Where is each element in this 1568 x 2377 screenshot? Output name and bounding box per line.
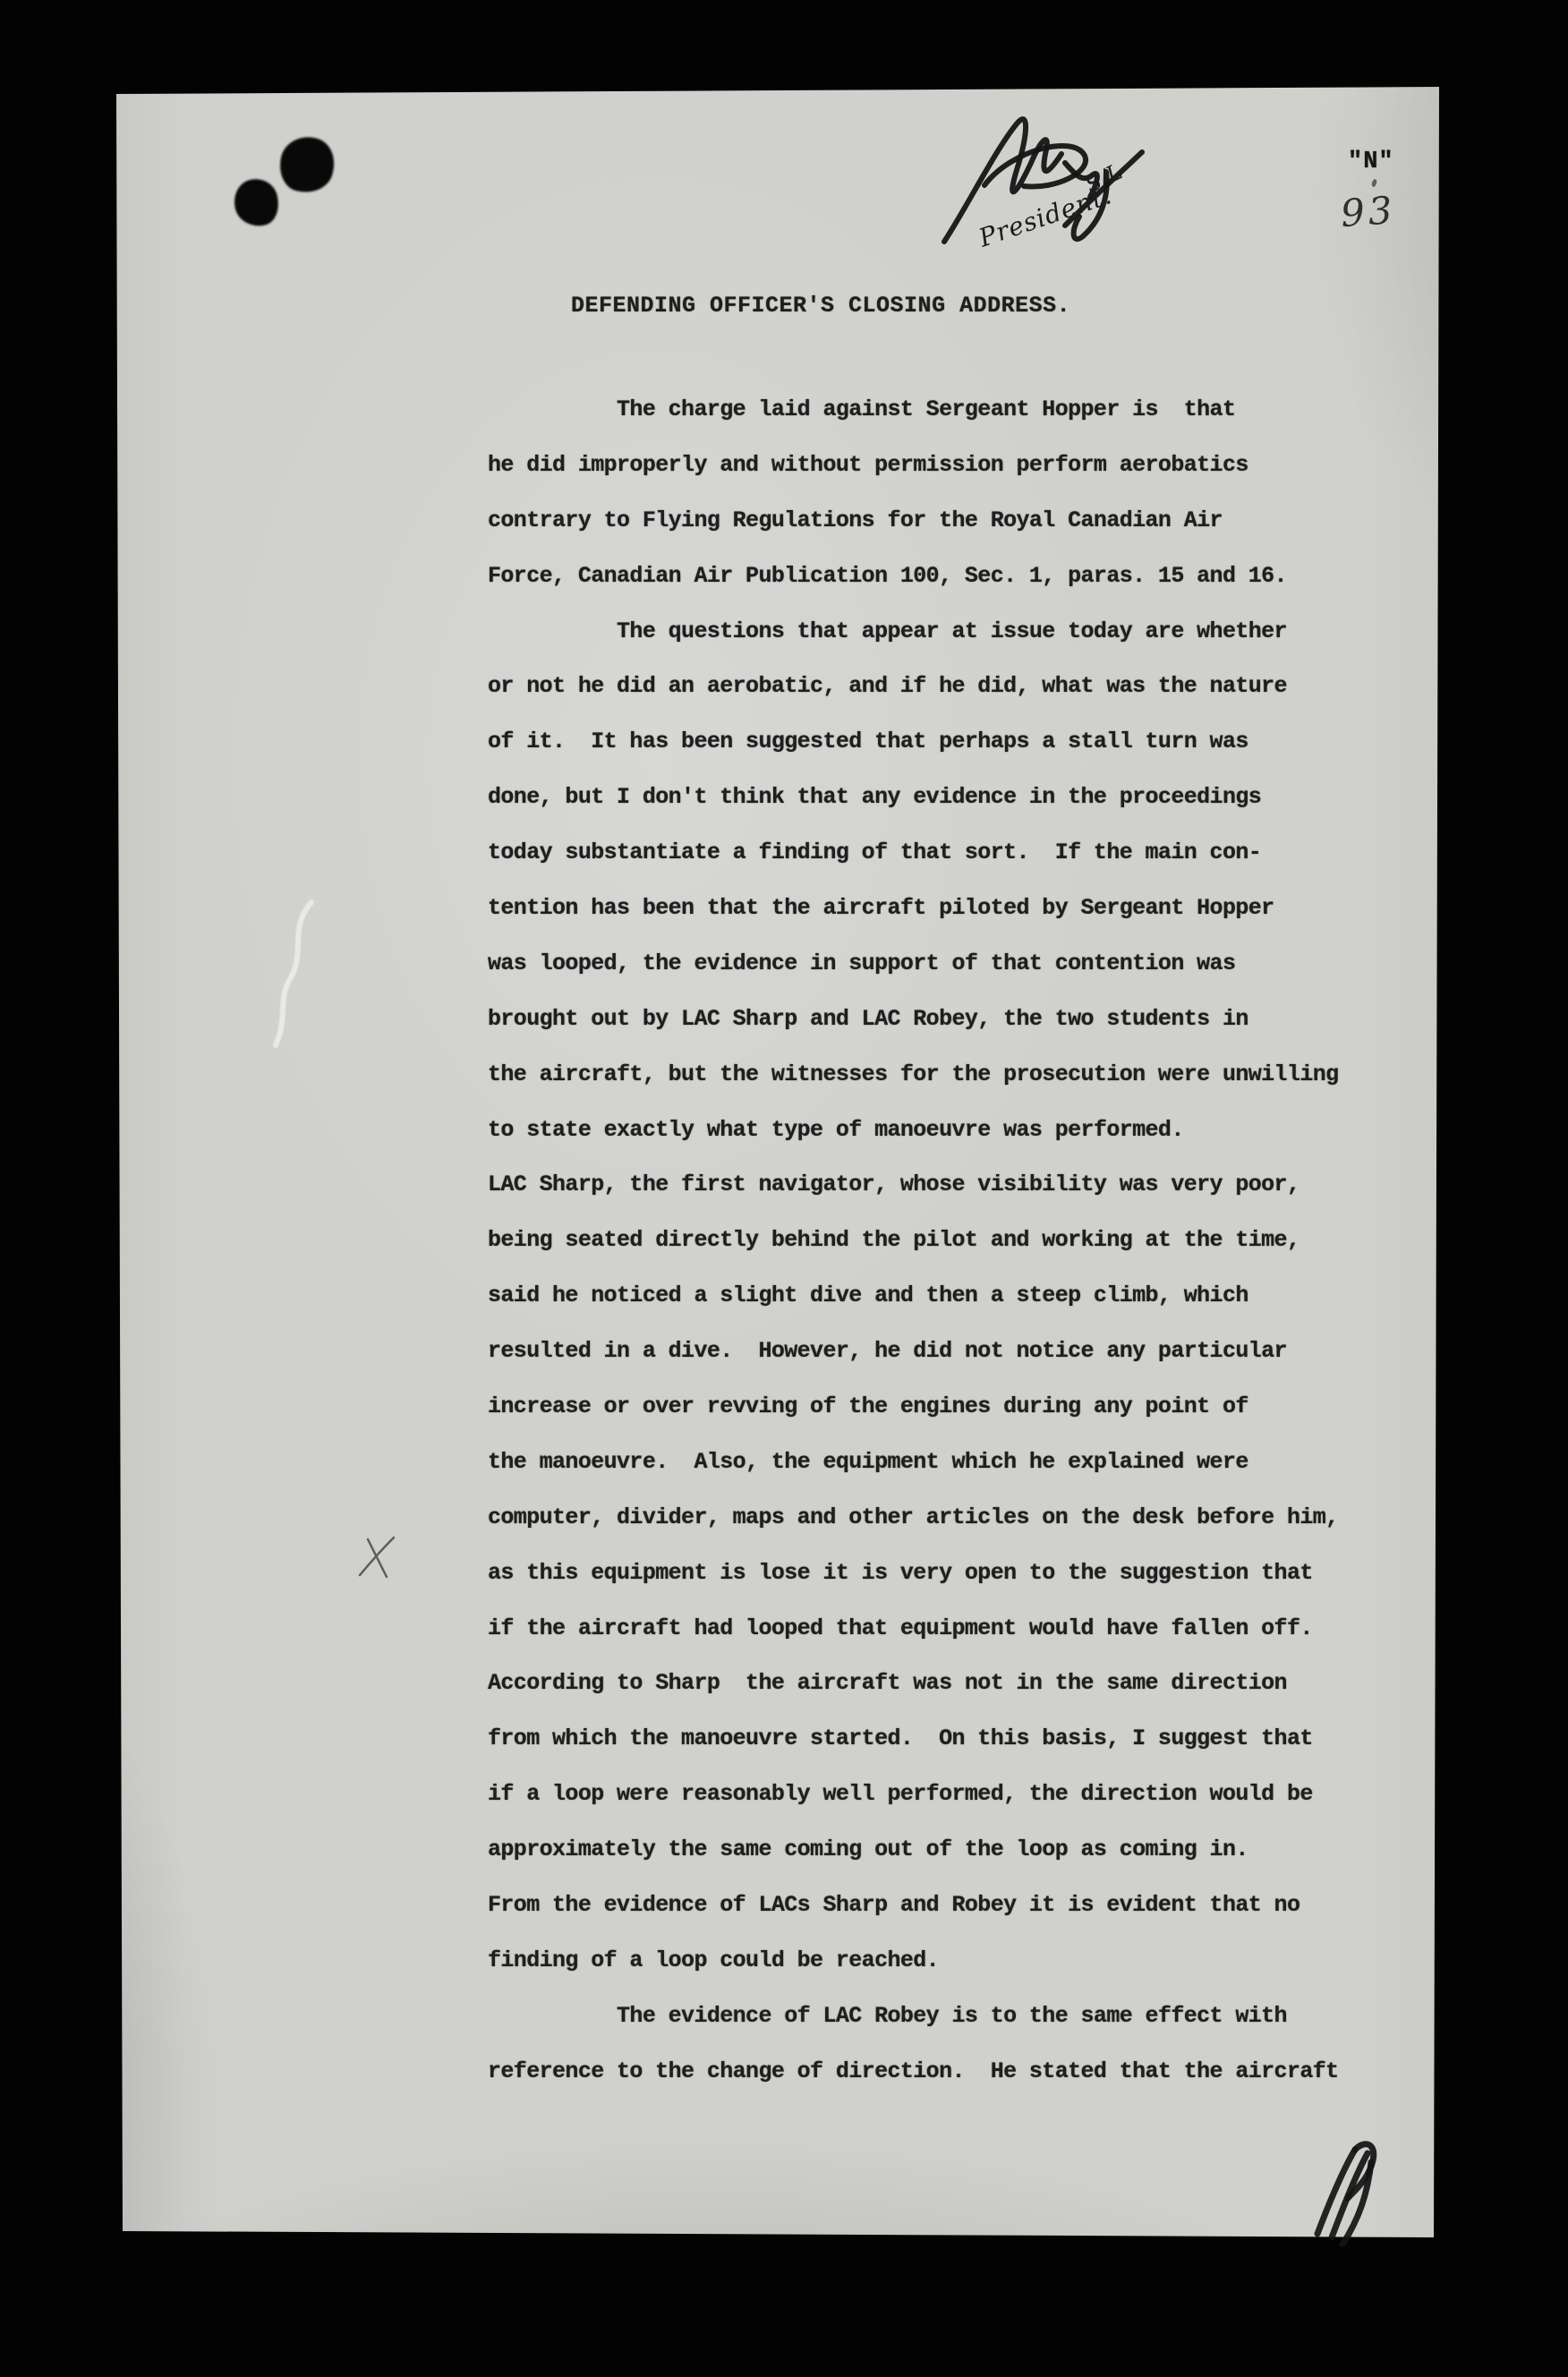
text-line: the manoeuvre. Also, the equipment which… [488,1435,1339,1490]
initials-handwriting [1305,2137,1405,2246]
text-line: brought out by LAC Sharp and LAC Robey, … [488,992,1339,1047]
text-line: tention has been that the aircraft pilot… [488,881,1339,936]
text-line: From the evidence of LACs Sharp and Robe… [488,1878,1339,1933]
text-line: Force, Canadian Air Publication 100, Sec… [488,549,1339,604]
text-line: as this equipment is lose it is very ope… [488,1546,1339,1601]
text-line: the aircraft, but the witnesses for the … [488,1047,1339,1103]
page-number-handwritten: 93 [1339,188,1397,235]
text-line: of it. It has been suggested that perhap… [488,714,1339,770]
text-line: finding of a loop could be reached. [488,1933,1339,1989]
classification-mark: "N" [1348,149,1394,175]
text-line: to state exactly what type of manoeuvre … [488,1103,1339,1158]
text-line: reference to the change of direction. He… [488,2044,1339,2100]
text-line: According to Sharp the aircraft was not … [488,1656,1339,1711]
text-line: said he noticed a slight dive and then a… [488,1268,1339,1324]
text-line: done, but I don't think that any evidenc… [488,770,1339,825]
text-line: or not he did an aerobatic, and if he di… [488,659,1339,714]
text-line: being seated directly behind the pilot a… [488,1213,1339,1268]
text-line: The evidence of LAC Robey is to the same… [488,1989,1339,2044]
text-line: computer, divider, maps and other articl… [488,1490,1339,1546]
text-line: approximately the same coming out of the… [488,1822,1339,1878]
text-line: if a loop were reasonably well performed… [488,1767,1339,1822]
text-line: increase or over revving of the engines … [488,1379,1339,1435]
scratch-mark [261,897,331,1051]
text-line: from which the manoeuvre started. On thi… [488,1711,1339,1767]
text-line: if the aircraft had looped that equipmen… [488,1601,1339,1657]
signature-title-text: President. [975,180,1116,253]
text-line: today substantiate a finding of that sor… [488,825,1339,881]
text-line: was looped, the evidence in support of t… [488,936,1339,992]
text-line: The charge laid against Sergeant Hopper … [488,382,1339,438]
signature-handwriting: S/L President. [931,100,1163,270]
text-line: LAC Sharp, the first navigator, whose vi… [488,1157,1339,1213]
margin-check-mark [356,1532,397,1580]
text-line: resulted in a dive. However, he did not … [488,1324,1339,1379]
text-line: he did improperly and without permission… [488,438,1339,493]
body-text: The charge laid against Sergeant Hopper … [488,382,1339,2100]
document-title: DEFENDING OFFICER'S CLOSING ADDRESS. [571,288,1070,324]
text-line: The questions that appear at issue today… [488,604,1339,660]
text-line: contrary to Flying Regulations for the R… [488,493,1339,549]
scan-canvas: S/L President. "N" 93 DEFENDING OFFICER'… [0,0,1568,2377]
